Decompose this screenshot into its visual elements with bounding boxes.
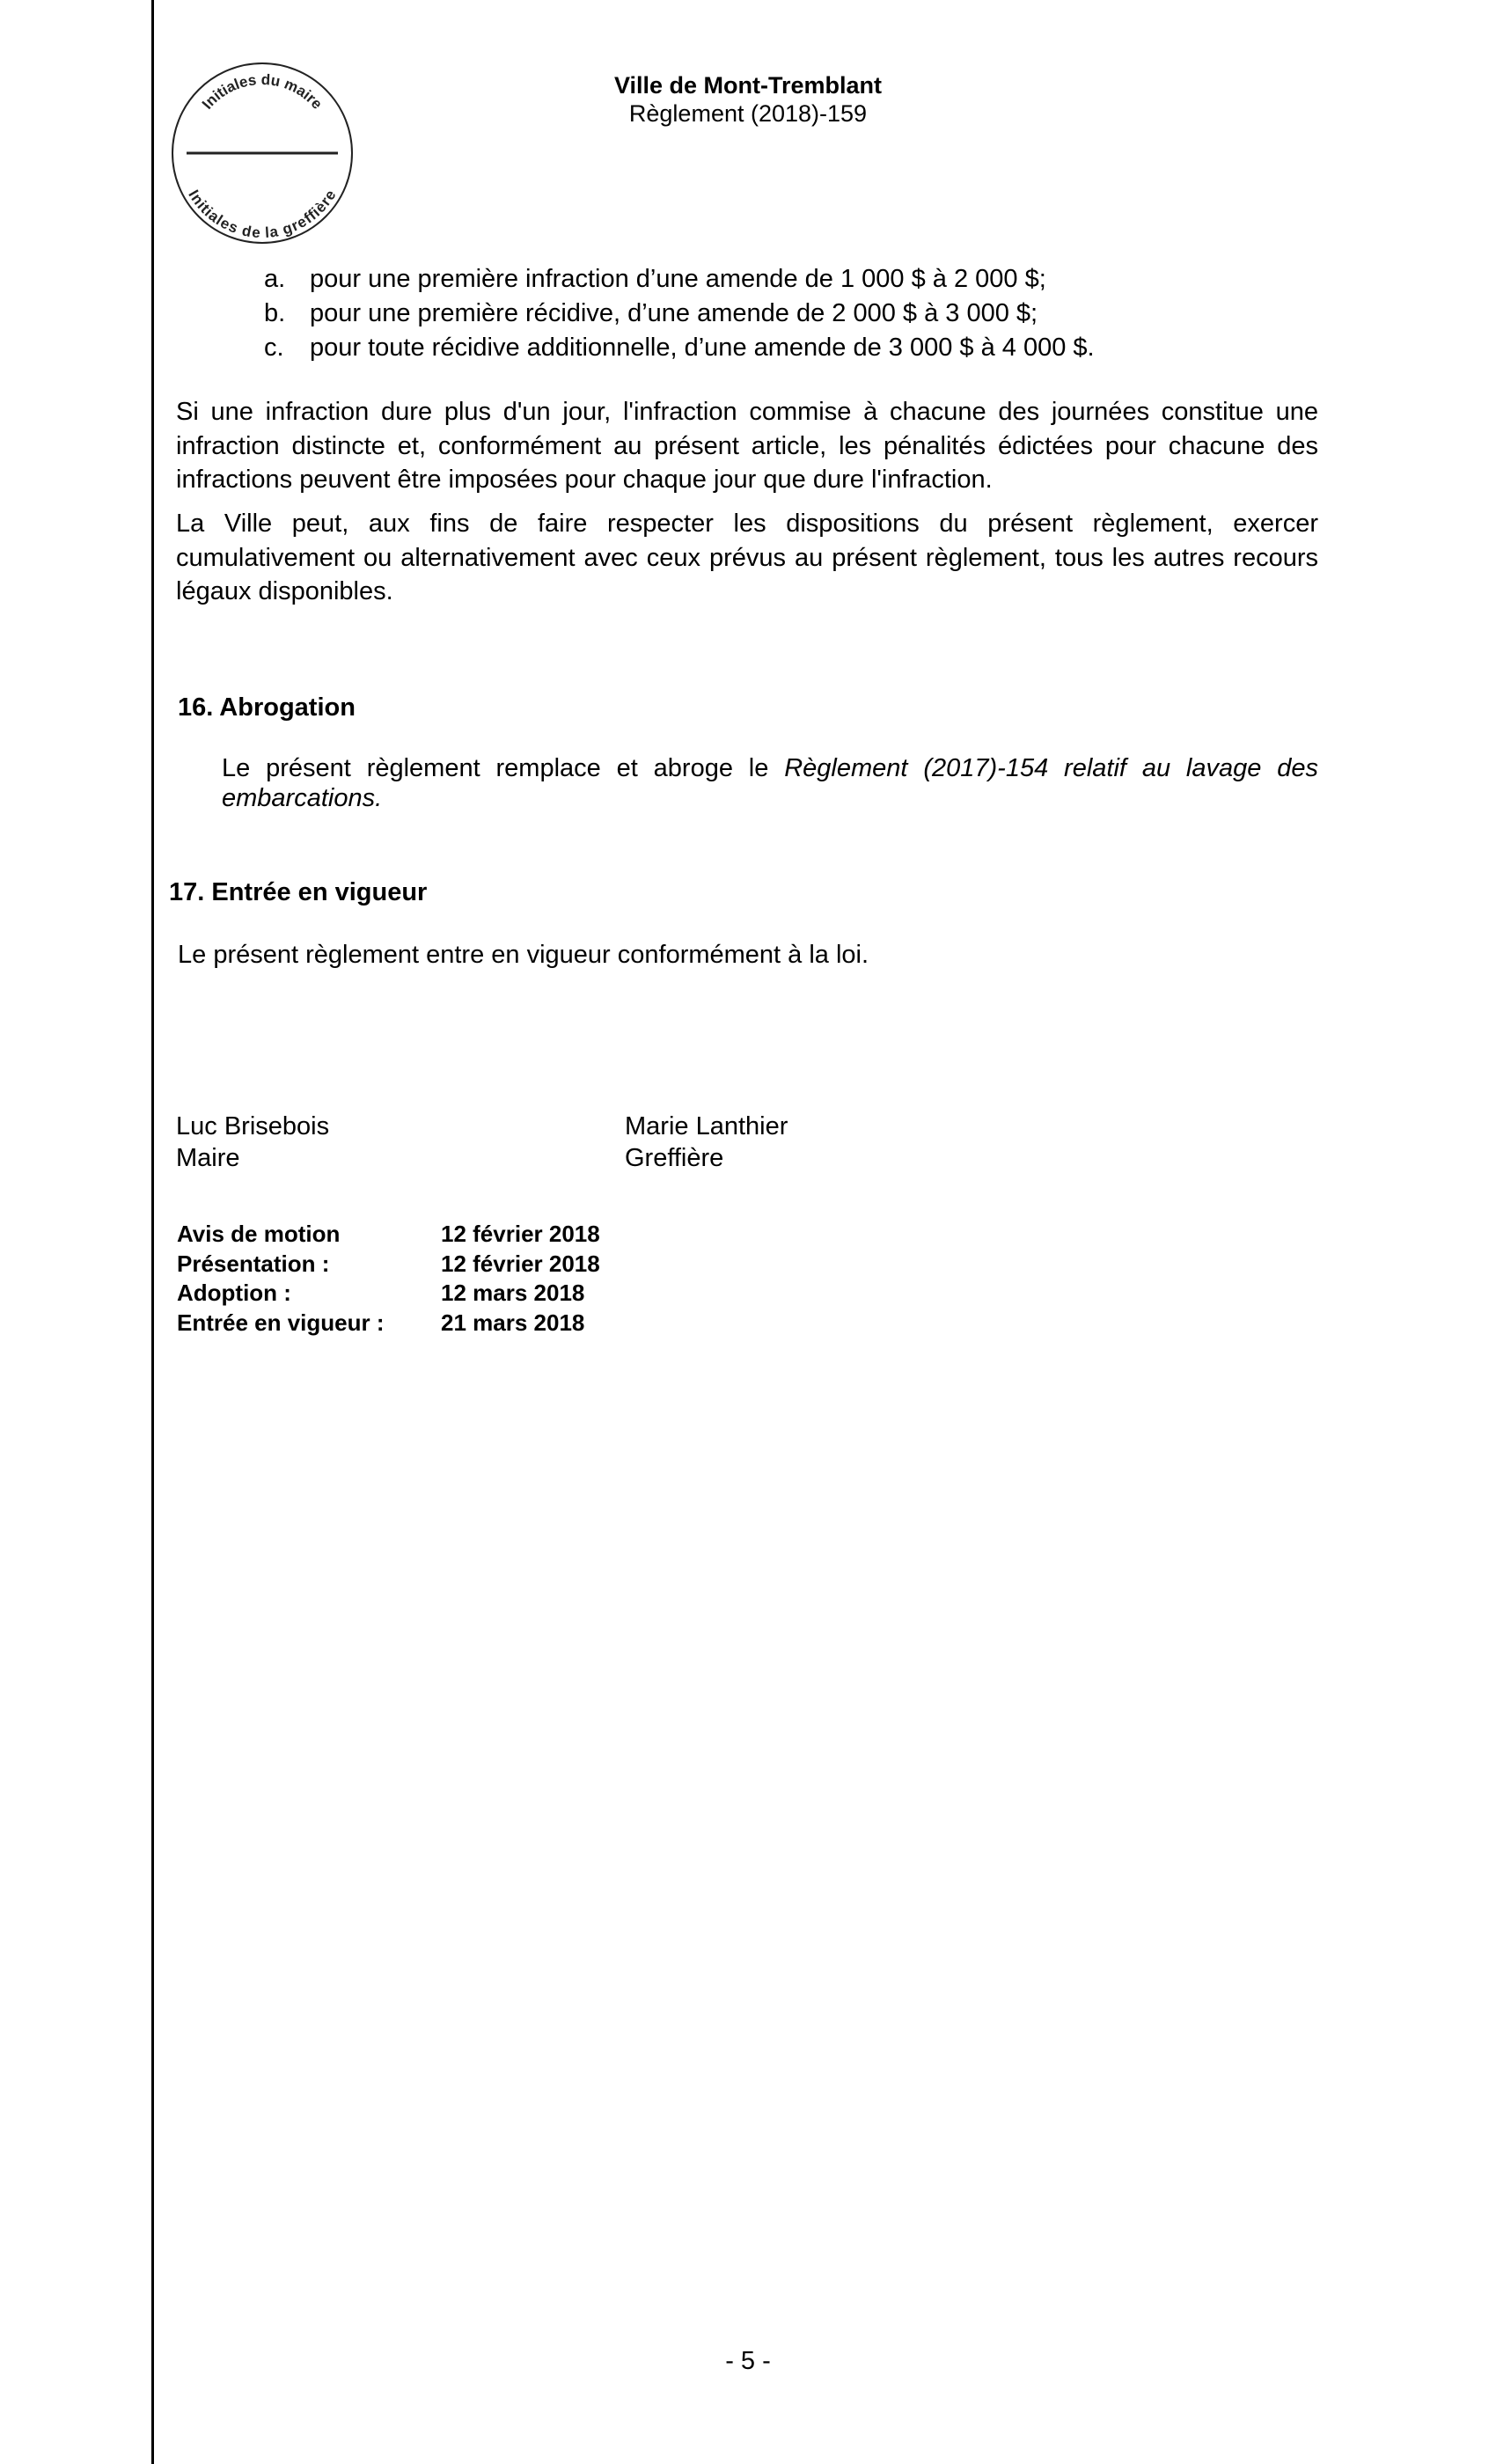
date-value: 12 février 2018	[441, 1250, 600, 1280]
signatory-name: Luc Brisebois	[176, 1111, 329, 1142]
date-label: Avis de motion	[177, 1220, 340, 1250]
signatory-title: Greffière	[625, 1142, 788, 1174]
signature-block-mayor: Luc Brisebois Maire	[176, 1111, 329, 1174]
signatory-title: Maire	[176, 1142, 329, 1174]
document-header-title: Ville de Mont-Tremblant	[0, 71, 1496, 99]
list-item-letter: c.	[264, 331, 284, 365]
list-item-text: pour une première infraction d’une amend…	[310, 265, 1046, 293]
list-item-letter: a.	[264, 262, 285, 297]
list-item: c.pour toute récidive additionnelle, d’u…	[264, 331, 1095, 365]
date-value: 12 mars 2018	[441, 1279, 584, 1309]
date-label: Présentation :	[177, 1250, 329, 1280]
signature-block-clerk: Marie Lanthier Greffière	[625, 1111, 788, 1174]
date-value: 21 mars 2018	[441, 1309, 584, 1338]
date-row: Avis de motion12 février 2018	[177, 1220, 705, 1250]
penalty-list: a.pour une première infraction d’une ame…	[264, 262, 1095, 365]
paragraph-other-remedies: La Ville peut, aux fins de faire respect…	[176, 507, 1318, 609]
abrogation-text: Le présent règlement remplace et abroge …	[222, 754, 784, 782]
stamp-bottom-label: Initiales de la greffière	[185, 187, 339, 241]
section-heading-abrogation: 16. Abrogation	[178, 691, 356, 724]
date-row: Entrée en vigueur :21 mars 2018	[177, 1309, 705, 1338]
page-number: - 5 -	[0, 2346, 1496, 2376]
date-row: Adoption :12 mars 2018	[177, 1279, 705, 1309]
document-header-subtitle: Règlement (2018)-159	[0, 99, 1496, 128]
left-margin-rule	[151, 0, 154, 2464]
list-item-letter: b.	[264, 297, 285, 331]
paragraph-abrogation: Le présent règlement remplace et abroge …	[222, 753, 1318, 813]
list-item-text: pour toute récidive additionnelle, d’une…	[310, 334, 1095, 362]
adoption-dates-table: Avis de motion12 février 2018 Présentati…	[177, 1220, 705, 1338]
paragraph-entry-into-force: Le présent règlement entre en vigueur co…	[178, 938, 869, 972]
signatory-name: Marie Lanthier	[625, 1111, 788, 1142]
list-item: b.pour une première récidive, d’une amen…	[264, 297, 1095, 331]
date-label: Adoption :	[177, 1279, 291, 1309]
date-label: Entrée en vigueur :	[177, 1309, 385, 1338]
section-heading-entry-into-force: 17. Entrée en vigueur	[169, 876, 427, 909]
paragraph-continuing-offence: Si une infraction dure plus d'un jour, l…	[176, 395, 1318, 497]
date-row: Présentation :12 février 2018	[177, 1250, 705, 1280]
list-item-text: pour une première récidive, d’une amende…	[310, 299, 1038, 327]
date-value: 12 février 2018	[441, 1220, 600, 1250]
list-item: a.pour une première infraction d’une ame…	[264, 262, 1095, 297]
